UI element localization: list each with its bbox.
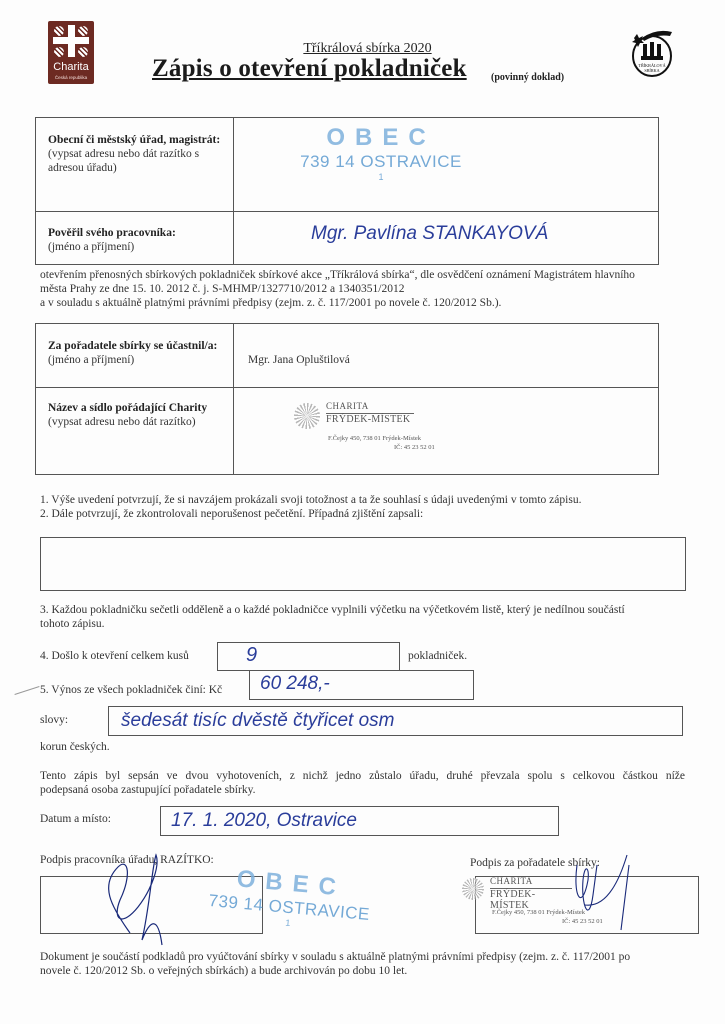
assigned-worker-hint: (jméno a příjmení) <box>48 240 134 254</box>
closing-line: Tento zápis byl sepsán ve dvou vyhotoven… <box>40 769 685 783</box>
logo-ray-icon <box>54 26 64 36</box>
legal-paragraph-line: a v souladu s aktuálně platnými právními… <box>40 296 501 310</box>
office-table: Obecní či městský úřad, magistrát: (vyps… <box>35 117 659 265</box>
charity-flower-icon <box>294 403 320 429</box>
opened-count-field[interactable]: 9 <box>217 642 400 671</box>
office-hint: (vypsat adresu nebo dát razítko s adreso… <box>48 147 228 175</box>
opened-count-value: 9 <box>246 644 257 667</box>
logo-name: Charita <box>48 61 94 73</box>
findings-field[interactable] <box>40 537 686 591</box>
opened-count-suffix: pokladniček. <box>408 649 467 663</box>
stamp-line: OBEC <box>296 124 466 152</box>
opened-count-label: 4. Došlo k otevření celkem kusů <box>40 649 189 663</box>
statement-3-line: 3. Každou pokladničku sečetli odděleně a… <box>40 603 625 617</box>
stamp-line: CHARITA <box>490 876 533 886</box>
office-label: Obecní či městský úřad, magistrát: <box>48 133 220 147</box>
organizer-participant-name[interactable]: Mgr. Jana Opluštilová <box>248 353 350 367</box>
charity-address-hint: (vypsat adresu nebo dát razítko) <box>48 415 196 429</box>
logo-ray-icon <box>78 26 88 36</box>
footer-line: novele č. 120/2012 Sb. o veřejných sbírk… <box>40 964 407 978</box>
office-signature-scribble <box>90 845 200 955</box>
svg-text:SBÍRKA: SBÍRKA <box>644 68 659 73</box>
date-place-field[interactable]: 17. 1. 2020, Ostravice <box>160 806 559 836</box>
words-suffix: korun českých. <box>40 740 110 754</box>
legal-paragraph-line: města Prahy ze dne 15. 10. 2012 č. j. S-… <box>40 282 404 296</box>
assigned-worker-row: Pověřil svého pracovníka: (jméno a příjm… <box>36 211 658 263</box>
stamp-line: 739 14 OSTRAVICE <box>296 152 466 172</box>
assigned-worker-label: Pověřil svého pracovníka: <box>48 226 176 240</box>
organizer-participant-row: Za pořadatele sbírky se účastnil/a: (jmé… <box>36 324 658 388</box>
stamp-line: FRÝDEK-MÍSTEK <box>326 413 414 425</box>
page-title: Zápis o otevření pokladniček <box>152 55 467 83</box>
closing-line: podepsaná osoba zastupující pořadatele s… <box>40 783 255 797</box>
words-label: slovy: <box>40 713 68 727</box>
legal-paragraph-line: otevřením přenosných sbírkových pokladni… <box>40 268 635 282</box>
stamp-line: CHARITA <box>326 401 369 411</box>
organizer-participant-hint: (jméno a příjmení) <box>48 353 134 367</box>
words-value: šedesát tisíc dvěstě čtyřicet osm <box>121 710 395 732</box>
revenue-value: 60 248,- <box>260 673 330 695</box>
organizer-participant-label: Za pořadatele sbírky se účastnil/a: <box>48 339 217 353</box>
charity-flower-icon <box>462 878 484 900</box>
stamp-line: 1 <box>296 172 466 182</box>
office-stamp: OBEC 739 14 OSTRAVICE 1 <box>296 124 466 182</box>
office-row: Obecní či městský úřad, magistrát: (vyps… <box>36 118 658 212</box>
organizer-signature-scribble <box>555 835 645 945</box>
logo-subtitle: Česká republika <box>48 75 94 80</box>
words-field[interactable]: šedesát tisíc dvěstě čtyřicet osm <box>108 706 683 736</box>
stamp-line: F.Čejky 450, 738 01 Frýdek-Místek <box>328 435 421 442</box>
revenue-field[interactable]: 60 248,- <box>249 670 474 700</box>
date-place-label: Datum a místo: <box>40 812 111 826</box>
statement-1: 1. Výše uvedení potvrzují, že si navzáje… <box>40 493 581 507</box>
revenue-label: 5. Výnos ze všech pokladniček činí: Kč <box>40 683 222 697</box>
assigned-worker-name[interactable]: Mgr. Pavlína STANKAYOVÁ <box>311 223 548 245</box>
title-note: (povinný doklad) <box>491 72 564 83</box>
date-place-value: 17. 1. 2020, Ostravice <box>171 810 357 832</box>
statement-3-line: tohoto zápisu. <box>40 617 105 631</box>
charity-address-label: Název a sídlo pořádající Charity <box>48 401 207 415</box>
statement-2: 2. Dále potvrzují, že zkontrolovali nepo… <box>40 507 423 521</box>
footer-line: Dokument je součástí podkladů pro vyúčto… <box>40 950 630 964</box>
charity-address-row: Název a sídlo pořádající Charity (vypsat… <box>36 387 658 473</box>
pen-mark <box>14 686 39 695</box>
stamp-line: IČ: 45 23 52 01 <box>394 444 435 451</box>
organizer-table: Za pořadatele sbírky se účastnil/a: (jmé… <box>35 323 659 475</box>
